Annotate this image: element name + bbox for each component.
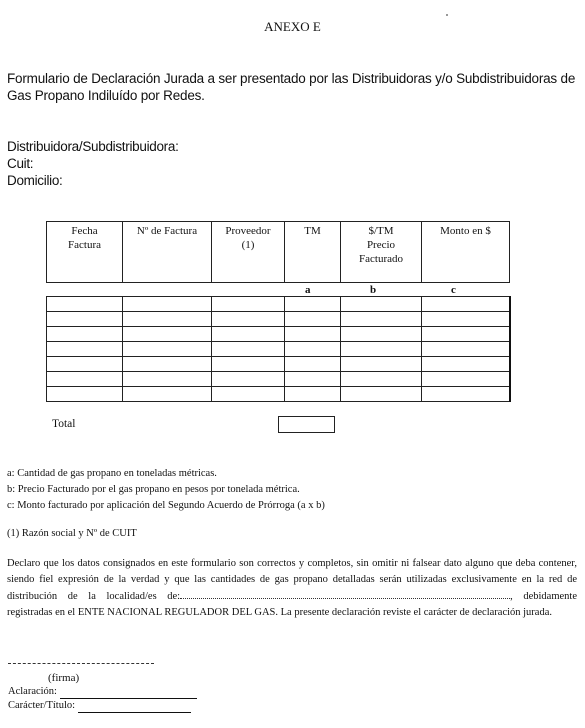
table-cell[interactable] bbox=[123, 342, 212, 357]
table-cell[interactable] bbox=[47, 327, 123, 342]
table-cell[interactable] bbox=[212, 312, 285, 327]
signature-fields: Aclaración: Carácter/Título: bbox=[8, 685, 197, 713]
table-cell[interactable] bbox=[341, 297, 422, 312]
table-cell[interactable] bbox=[422, 297, 511, 312]
table-cell[interactable] bbox=[422, 312, 511, 327]
table-row bbox=[47, 372, 511, 387]
table-cell[interactable] bbox=[212, 372, 285, 387]
notes: a: Cantidad de gas propano en toneladas … bbox=[7, 466, 325, 514]
table-row bbox=[47, 387, 511, 402]
table-cell[interactable] bbox=[123, 387, 212, 402]
table-cell[interactable] bbox=[123, 372, 212, 387]
table-cell[interactable] bbox=[341, 327, 422, 342]
table-cell[interactable] bbox=[341, 312, 422, 327]
table-cell[interactable] bbox=[123, 312, 212, 327]
letter-a: a bbox=[305, 284, 311, 296]
localidad-field[interactable] bbox=[180, 588, 510, 599]
col-tm: TM bbox=[285, 222, 341, 283]
note-a: a: Cantidad de gas propano en toneladas … bbox=[7, 466, 325, 482]
table-row bbox=[47, 327, 511, 342]
table-row bbox=[47, 297, 511, 312]
table-cell[interactable] bbox=[123, 327, 212, 342]
letter-c: c bbox=[451, 284, 456, 296]
table-cell[interactable] bbox=[212, 342, 285, 357]
scan-speck bbox=[446, 14, 448, 16]
table-cell[interactable] bbox=[285, 357, 341, 372]
table-cell[interactable] bbox=[212, 387, 285, 402]
table-cell[interactable] bbox=[212, 327, 285, 342]
table-cell[interactable] bbox=[422, 372, 511, 387]
table-cell[interactable] bbox=[123, 357, 212, 372]
table-cell[interactable] bbox=[422, 357, 511, 372]
table-cell[interactable] bbox=[341, 387, 422, 402]
table-cell[interactable] bbox=[422, 327, 511, 342]
table-cell[interactable] bbox=[341, 342, 422, 357]
table-cell[interactable] bbox=[47, 312, 123, 327]
table-cell[interactable] bbox=[47, 387, 123, 402]
col-numero-factura: Nº de Factura bbox=[123, 222, 212, 283]
field-distribuidora: Distribuidora/Subdistribuidora: bbox=[7, 138, 179, 155]
table-cell[interactable] bbox=[285, 342, 341, 357]
header-fields: Distribuidora/Subdistribuidora: Cuit: Do… bbox=[7, 138, 179, 189]
declaration: Declaro que los datos consignados en est… bbox=[7, 556, 577, 621]
table-cell[interactable] bbox=[212, 357, 285, 372]
table-cell[interactable] bbox=[422, 387, 511, 402]
caracter-field[interactable] bbox=[78, 702, 191, 713]
form-intro: Formulario de Declaración Jurada a ser p… bbox=[7, 70, 577, 104]
table-cell[interactable] bbox=[341, 357, 422, 372]
table-cell[interactable] bbox=[285, 372, 341, 387]
aclaracion-label: Aclaración: bbox=[8, 686, 57, 697]
letter-b: b bbox=[370, 284, 376, 296]
table-cell[interactable] bbox=[47, 357, 123, 372]
footnote: (1) Razón social y Nº de CUIT bbox=[7, 528, 137, 539]
table-cell[interactable] bbox=[285, 312, 341, 327]
table-cell[interactable] bbox=[285, 297, 341, 312]
total-label: Total bbox=[52, 418, 75, 430]
total-field[interactable] bbox=[278, 416, 335, 433]
table-row bbox=[47, 357, 511, 372]
col-proveedor: Proveedor(1) bbox=[212, 222, 285, 283]
table-cell[interactable] bbox=[285, 327, 341, 342]
col-monto: Monto en $ bbox=[422, 222, 510, 283]
data-table bbox=[46, 296, 511, 402]
note-c: c: Monto facturado por aplicación del Se… bbox=[7, 498, 325, 514]
table-cell[interactable] bbox=[47, 372, 123, 387]
table-cell[interactable] bbox=[422, 342, 511, 357]
caracter-label: Carácter/Título: bbox=[8, 700, 75, 711]
table-row bbox=[47, 312, 511, 327]
firma-label: (firma) bbox=[48, 672, 79, 684]
table-cell[interactable] bbox=[123, 297, 212, 312]
signature-line[interactable] bbox=[8, 663, 154, 664]
field-domicilio: Domicilio: bbox=[7, 172, 179, 189]
col-fecha-factura: FechaFactura bbox=[47, 222, 123, 283]
col-precio: $/TMPrecioFacturado bbox=[341, 222, 422, 283]
note-b: b: Precio Facturado por el gas propano e… bbox=[7, 482, 325, 498]
field-cuit: Cuit: bbox=[7, 155, 179, 172]
table-cell[interactable] bbox=[212, 297, 285, 312]
table-cell[interactable] bbox=[341, 372, 422, 387]
table-header: FechaFactura Nº de Factura Proveedor(1) … bbox=[46, 221, 510, 283]
table-row bbox=[47, 342, 511, 357]
column-letters: a b c bbox=[46, 284, 504, 296]
aclaracion-field[interactable] bbox=[60, 688, 197, 699]
table-cell[interactable] bbox=[285, 387, 341, 402]
table-cell[interactable] bbox=[47, 297, 123, 312]
table-cell[interactable] bbox=[47, 342, 123, 357]
document-title: ANEXO E bbox=[0, 19, 585, 35]
